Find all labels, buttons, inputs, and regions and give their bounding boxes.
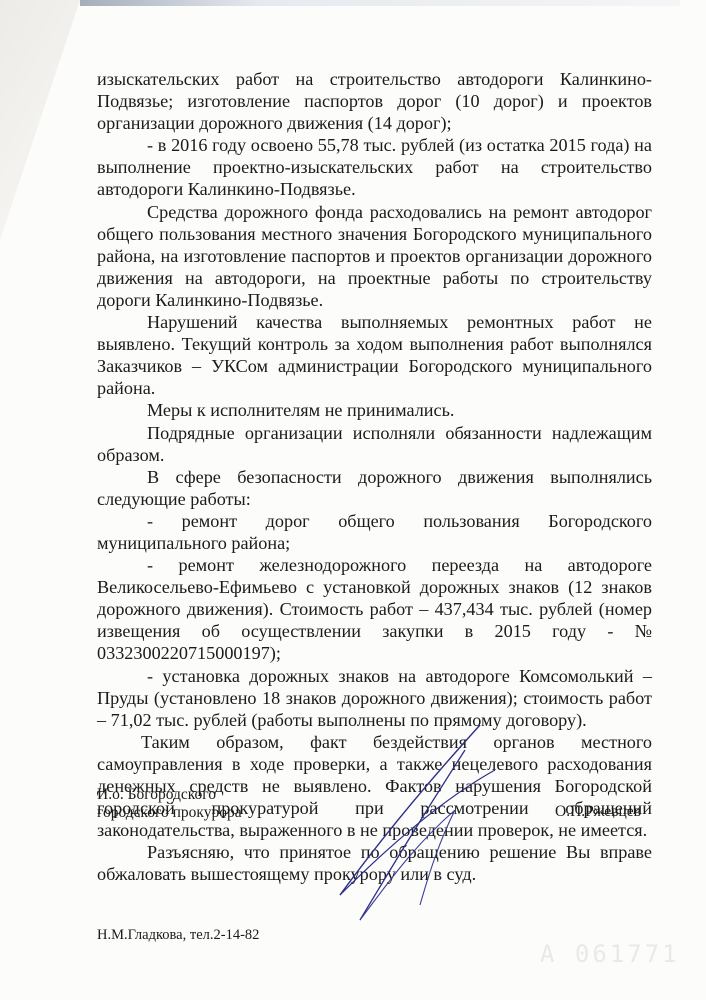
page-fold-shadow: [0, 0, 80, 240]
signer-position-line-1: И.о. Богородского: [97, 786, 242, 804]
paragraph-9: - ремонт железнодорожного переезда на ав…: [97, 554, 652, 664]
serial-watermark: А 061771: [540, 940, 680, 968]
paragraph-6: Подрядные организации исполняли обязанно…: [97, 422, 652, 466]
signer-position-line-2: городского прокурора: [97, 804, 242, 822]
paragraph-5: Меры к исполнителям не принимались.: [97, 399, 652, 421]
handwritten-signature-icon: [280, 720, 500, 930]
signer-name: О.П.Ржевцев: [555, 803, 641, 821]
scan-edge-shadow: [80, 0, 680, 6]
executor-contact: Н.М.Гладкова, тел.2-14-82: [97, 927, 259, 944]
paragraph-2: - в 2016 году освоено 55,78 тыс. рублей …: [97, 134, 652, 200]
signer-position: И.о. Богородского городского прокурора: [97, 786, 242, 822]
paragraph-8: - ремонт дорог общего пользования Богоро…: [97, 510, 652, 554]
paragraph-3: Средства дорожного фонда расходовались н…: [97, 201, 652, 311]
paragraph-7: В сфере безопасности дорожного движения …: [97, 466, 652, 510]
document-page: изыскательских работ на строительство ав…: [0, 0, 706, 1000]
paragraph-1: изыскательских работ на строительство ав…: [97, 68, 652, 134]
paragraph-4: Нарушений качества выполняемых ремонтных…: [97, 311, 652, 399]
